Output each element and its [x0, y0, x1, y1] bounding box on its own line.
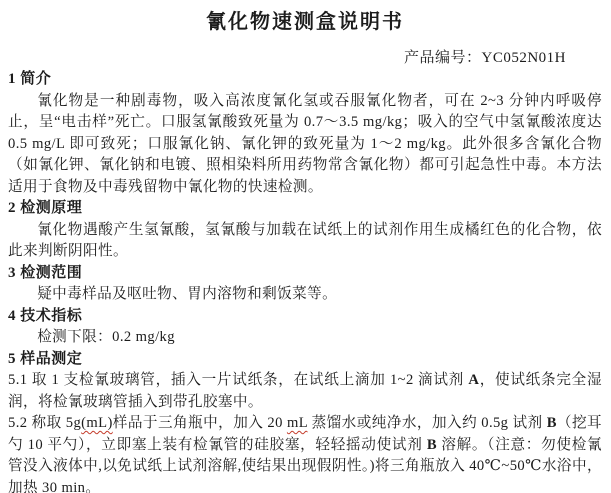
section-procedure: 5 样品测定 5.1 取 1 支检氰玻璃管，插入一片试纸条，在试纸上滴加 1~2…: [8, 349, 602, 493]
document-title: 氰化物速测盒说明书: [8, 7, 602, 37]
section-intro: 1 简介 氰化物是一种剧毒物，吸入高浓度氰化氢或吞服氰化物者，可在 2~3 分钟…: [8, 69, 602, 198]
paragraph-step-5-2: 5.2 称取 5g(mL)样品于三角瓶中，加入 20 mL 蒸馏水或纯净水，加入…: [8, 413, 602, 493]
product-code: 产品编号：YC052N01H: [8, 47, 602, 69]
paragraph-step-5-1: 5.1 取 1 支检氰玻璃管，插入一片试纸条，在试纸上滴加 1~2 滴试剂 A，…: [8, 370, 602, 413]
section-heading-specs: 4 技术指标: [8, 306, 602, 328]
paragraph-principle: 氰化物遇酸产生氢氰酸，氢氰酸与加载在试纸上的试剂作用生成橘红色的化合物，依此来判…: [8, 220, 602, 263]
section-scope: 3 检测范围 疑中毒样品及呕吐物、胃内溶物和剩饭菜等。: [8, 263, 602, 306]
section-specs: 4 技术指标 检测下限：0.2 mg/kg: [8, 306, 602, 349]
paragraph-detection-limit: 检测下限：0.2 mg/kg: [8, 327, 602, 349]
paragraph-intro: 氰化物是一种剧毒物，吸入高浓度氰化氢或吞服氰化物者，可在 2~3 分钟内呼吸停止…: [8, 91, 602, 199]
section-heading-procedure: 5 样品测定: [8, 349, 602, 371]
section-principle: 2 检测原理 氰化物遇酸产生氢氰酸，氢氰酸与加载在试纸上的试剂作用生成橘红色的化…: [8, 198, 602, 263]
document-page: 氰化物速测盒说明书 产品编号：YC052N01H 1 简介 氰化物是一种剧毒物，…: [0, 0, 611, 493]
section-heading-principle: 2 检测原理: [8, 198, 602, 220]
paragraph-scope: 疑中毒样品及呕吐物、胃内溶物和剩饭菜等。: [8, 284, 602, 306]
section-heading-scope: 3 检测范围: [8, 263, 602, 285]
section-heading-intro: 1 简介: [8, 69, 602, 91]
